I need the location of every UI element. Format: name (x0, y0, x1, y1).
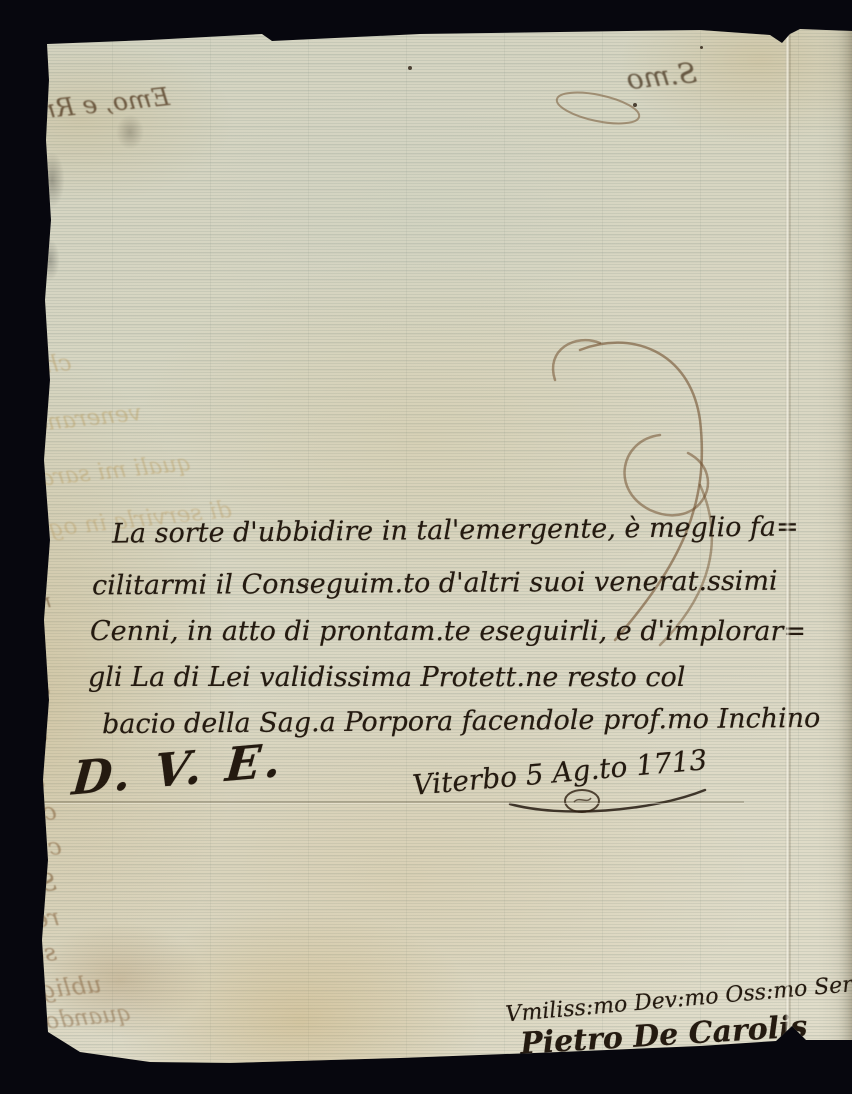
bleedthrough-line: ch'a ringratiarla q.ta mia s'impiega, ch… (0, 832, 63, 931)
bleedthrough-fragment: umilis. (0, 768, 47, 799)
bleedthrough-line: che mi onoro di rassegnarle con questa m… (0, 350, 73, 429)
letter-line-3: Cenni, in atto di prontam.te eseguirli, … (90, 616, 806, 647)
ink-speck (700, 46, 703, 49)
large-ink-flourish (540, 325, 780, 665)
bleedthrough-top-docket: Emo, e Rmo Sig. Card. Pron. Colmo (0, 82, 171, 158)
closing-monogram: D. V. E. (70, 732, 287, 805)
bleedthrough-line: Sì nell'occasione questa, che m'è donata… (0, 868, 58, 971)
bleedthrough-fragment: ne gli (0, 588, 53, 618)
bleedthrough-docket-flourish (548, 82, 648, 134)
bleedthrough-line: resta, e d'altro mi rincresce segua fatt… (0, 903, 61, 1004)
bleedthrough-line: seruirla, e che non mi manchi, non hauen… (0, 938, 58, 1039)
ink-speck (305, 583, 308, 586)
bleedthrough-line: ubligato et per guadagnarmi di lei grati… (0, 970, 103, 1050)
letter-line-4: gli La di Lei validissima Protett.ne res… (88, 662, 685, 693)
bleedthrough-line: venerando sempre li stimatissimi suoi ce… (0, 400, 143, 479)
letter-line-5: bacio della Sag.a Porpora facendole prof… (102, 703, 821, 740)
bleedthrough-fragment: e p. Sig. (0, 722, 49, 755)
ink-speck (408, 66, 412, 70)
ink-speck (633, 103, 637, 107)
bleedthrough-fragment: x 7bre (0, 632, 47, 663)
bleedthrough-line: che alligata si troua dia solerzia e rim… (0, 797, 58, 895)
horizontal-fold-crease (44, 801, 744, 803)
letter-line-2: cilitarmi il Conseguim.to d'altri suoi v… (92, 566, 778, 602)
bleedthrough-fragment: di d.o (0, 676, 51, 706)
manuscript-page: Emo, e Rmo Sig. Card. Pron. Colmo S.mo c… (0, 0, 852, 1094)
bleedthrough-fragment: il q.le (0, 545, 49, 575)
bleedthrough-line: quando se maggiorm.te saprò di seruirla … (0, 1000, 133, 1094)
vertical-fold-crease (785, 30, 791, 1042)
photograph-background: Emo, e Rmo Sig. Card. Pron. Colmo S.mo c… (0, 0, 852, 1094)
